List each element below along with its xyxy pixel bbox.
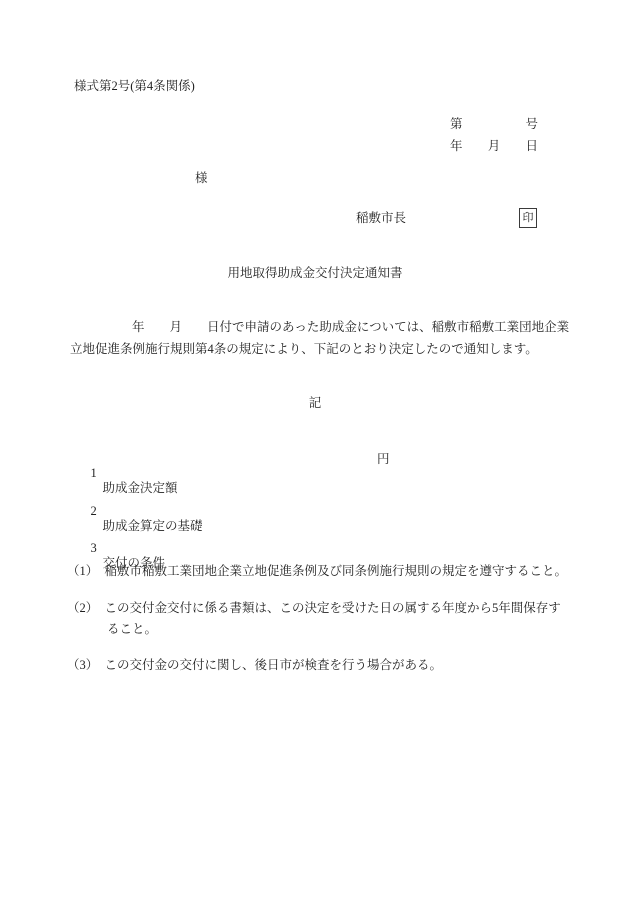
addressee-honorific: 様 bbox=[195, 171, 208, 185]
body-paragraph-line-1: 年 月 日付で申請のあった助成金については、稲敷市稲敷工業団地企業 bbox=[132, 320, 569, 334]
condition-2-line-1: （2） この交付金交付に係る書類は、この決定を受けた日の属する年度から5年間保存… bbox=[67, 601, 561, 615]
document-title: 用地取得助成金交付決定通知書 bbox=[0, 266, 630, 280]
list-item-1-number: 1 bbox=[91, 466, 97, 480]
doc-number-line: 第 号 bbox=[450, 117, 538, 131]
doc-number-prefix: 第 bbox=[450, 117, 463, 131]
date-year-label: 年 bbox=[450, 139, 463, 153]
date-line: 年 月 日 bbox=[450, 139, 538, 153]
list-marker: 記 bbox=[0, 396, 630, 410]
document-page: 様式第2号(第4条関係) 第 号 年 月 日 様 稲敷市長 印 用地取得助成金交… bbox=[0, 0, 630, 903]
date-day-label: 日 bbox=[525, 139, 538, 153]
seal-box: 印 bbox=[519, 208, 537, 228]
list-item-3-number: 3 bbox=[91, 541, 97, 555]
condition-2-line-2: ること。 bbox=[107, 622, 157, 636]
condition-3-line-1: （3） この交付金の交付に関し、後日市が検査を行う場合がある。 bbox=[67, 658, 442, 672]
seal-mark: 印 bbox=[523, 212, 534, 224]
list-item-1-unit: 円 bbox=[377, 452, 390, 466]
condition-1-line-1: （1） 稲敷市稲敷工業団地企業立地促進条例及び同条例施行規則の規定を遵守すること… bbox=[67, 564, 567, 578]
list-item-2-number: 2 bbox=[91, 504, 97, 518]
form-number-label: 様式第2号(第4条関係) bbox=[74, 79, 195, 93]
body-paragraph-line-2: 立地促進条例施行規則第4条の規定により、下記のとおり決定したので通知します。 bbox=[70, 342, 538, 356]
date-month-label: 月 bbox=[488, 139, 501, 153]
doc-number-suffix: 号 bbox=[525, 117, 538, 131]
sender-title: 稲敷市長 bbox=[356, 211, 406, 225]
